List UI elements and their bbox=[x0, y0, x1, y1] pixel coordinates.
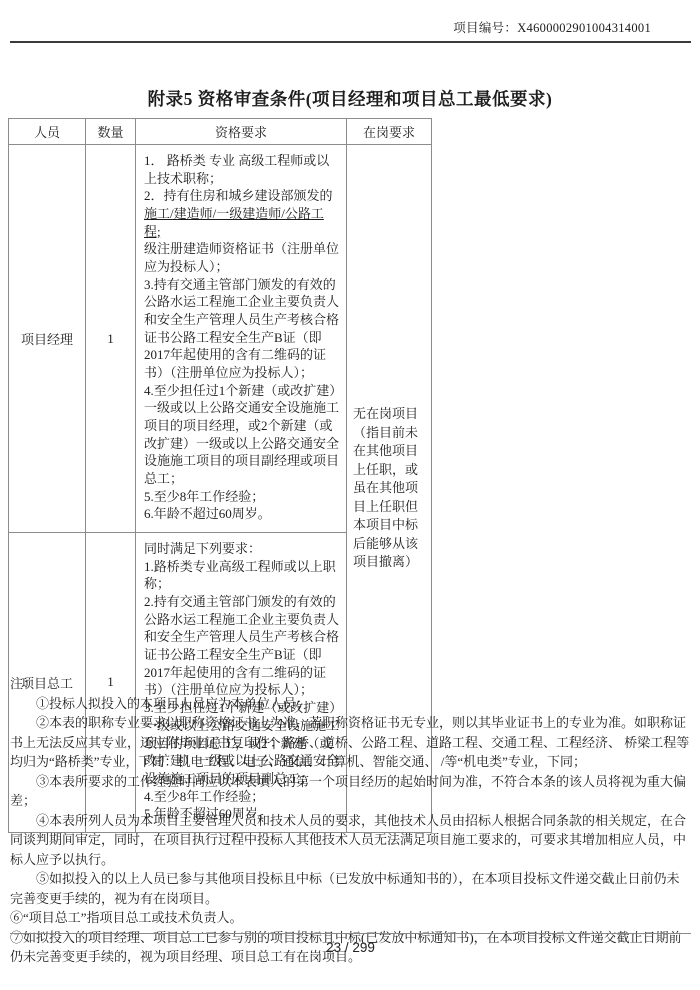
page-indicator: 23 / 299 bbox=[326, 940, 375, 955]
requirement-line: 2．持有住房和城乡建设部颁发的 施工/建造师/一级建造师/公路工程; 级注册建造… bbox=[144, 187, 339, 275]
notes-label: 注： bbox=[10, 674, 692, 694]
requirement-line: 1． 路桥类 专业 高级工程师或以上技术职称； bbox=[144, 152, 339, 187]
person-cell: 项目经理 bbox=[9, 145, 86, 533]
requirement-line: 1.路桥类专业高级工程师或以上职称； bbox=[144, 558, 339, 593]
requirement-intro: 同时满足下列要求： bbox=[144, 540, 339, 558]
project-number: 项目编号：X4600002901004314001 bbox=[453, 21, 651, 35]
column-header-qualification: 资格要求 bbox=[136, 119, 347, 145]
note-item-2: ②本表的职称专业要求以职称资格证书上为准，若职称资格证书无专业，则以其毕业证书上… bbox=[10, 713, 692, 772]
column-header-on-duty: 在岗要求 bbox=[347, 119, 432, 145]
column-header-person: 人员 bbox=[9, 119, 86, 145]
quantity-cell: 1 bbox=[86, 145, 136, 533]
column-header-quantity: 数量 bbox=[86, 119, 136, 145]
note-item-4: ④本表所列人员为本项目主要管理人员和技术人员的要求，其他技术人员由招标人根据合同… bbox=[10, 811, 692, 870]
note-item-1: ①投标人拟投入的本项目人员应为本单位人员； bbox=[10, 694, 692, 714]
table-header-row: 人员 数量 资格要求 在岗要求 bbox=[9, 119, 432, 145]
requirement-line: 6.年龄不超过60周岁。 bbox=[144, 505, 339, 523]
table-row-project-manager: 项目经理 1 1． 路桥类 专业 高级工程师或以上技术职称； 2．持有住房和城乡… bbox=[9, 145, 432, 533]
underlined-segment: 施工/建造师/一级建造师/公路工程; bbox=[144, 206, 324, 239]
qualification-cell: 1． 路桥类 专业 高级工程师或以上技术职称； 2．持有住房和城乡建设部颁发的 … bbox=[136, 145, 347, 533]
note-item-5: ⑤如拟投入的以上人员已参与其他项目投标且中标（已发放中标通知书的），在本项目投标… bbox=[10, 869, 692, 908]
document-footer: 23 / 299 bbox=[10, 933, 691, 955]
document-page: 项目编号：X4600002901004314001 附录5 资格审查条件(项目经… bbox=[0, 0, 700, 990]
requirement-line: 3.持有交通主管部门颁发的有效的公路水运工程施工企业主要负责人和安全生产管理人员… bbox=[144, 276, 339, 382]
note-item-6: ⑥“项目总工”指项目总工或技术负责人。 bbox=[10, 908, 692, 928]
requirement-line: 4.至少担任过1个新建（或改扩建）一级或以上公路交通安全设施施工项目的项目经理，… bbox=[144, 382, 339, 488]
notes-section: 注： ①投标人拟投入的本项目人员应为本单位人员； ②本表的职称专业要求以职称资格… bbox=[10, 674, 692, 967]
note-item-3: ③本表所要求的工作经验时间应以本表填入的第一个项目经历的起始时间为准，不符合本条… bbox=[10, 772, 692, 811]
page-title: 附录5 资格审查条件(项目经理和项目总工最低要求) bbox=[0, 86, 700, 111]
requirement-line: 5.至少8年工作经验； bbox=[144, 488, 339, 506]
document-header: 项目编号：X4600002901004314001 bbox=[10, 18, 691, 43]
